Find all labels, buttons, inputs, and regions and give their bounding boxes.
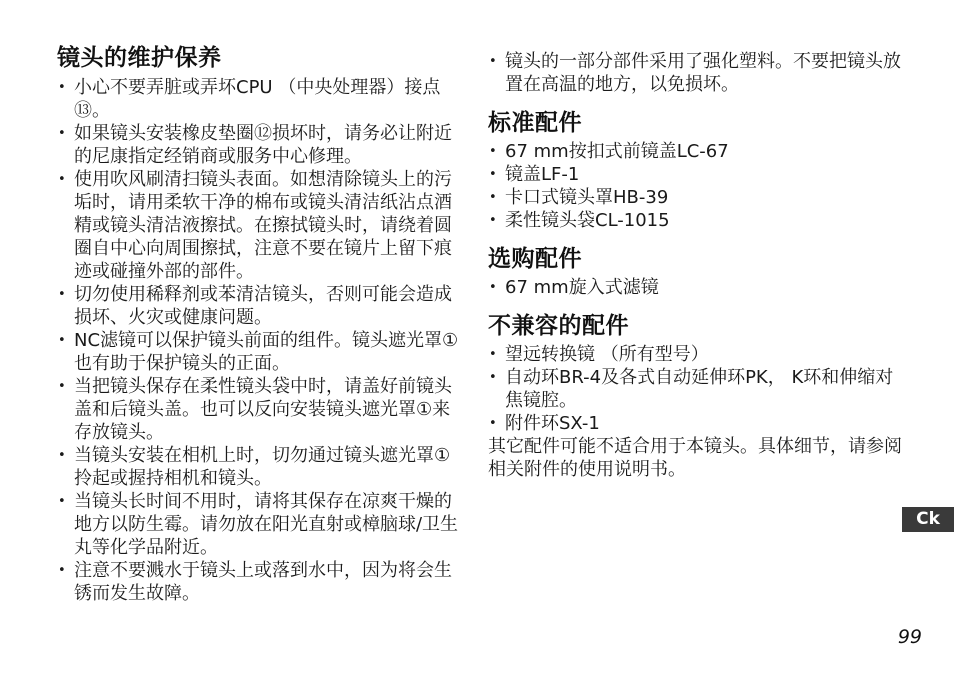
lens-care-list-continued: 镜头的一部分部件采用了强化塑料。不要把镜头放置在高温的地方，以免损坏。 bbox=[488, 50, 908, 96]
list-item: 自动环BR-4及各式自动延伸环PK， K环和伸缩对焦镜腔。 bbox=[488, 366, 908, 412]
language-tab-ck: Ck bbox=[902, 507, 954, 532]
list-item: 注意不要溅水于镜头上或落到水中，因为将会生锈而发生故障。 bbox=[57, 559, 464, 605]
list-item: 使用吹风刷清扫镜头表面。如想清除镜头上的污垢时，请用柔软干净的棉布或镜头清洁纸沾… bbox=[57, 168, 464, 283]
optional-accessories-list: 67 mm旋入式滤镜 bbox=[488, 276, 908, 299]
list-item: 当把镜头保存在柔性镜头袋中时，请盖好前镜头盖和后镜头盖。也可以反向安装镜头遮光罩… bbox=[57, 375, 464, 444]
incompatible-accessories-note: 其它配件可能不适合用于本镜头。具体细节，请参阅相关附件的使用说明书。 bbox=[488, 435, 908, 481]
list-item: 镜头的一部分部件采用了强化塑料。不要把镜头放置在高温的地方，以免损坏。 bbox=[488, 50, 908, 96]
section-heading-optional-accessories: 选购配件 bbox=[488, 245, 908, 273]
list-item: 当镜头长时间不用时，请将其保存在凉爽干燥的地方以防生霉。请勿放在阳光直射或樟脑球… bbox=[57, 490, 464, 559]
lens-care-list: 小心不要弄脏或弄坏CPU （中央处理器）接点⑬。 如果镜头安装橡皮垫圈⑫损坏时，… bbox=[57, 76, 464, 605]
list-item: 望远转换镜 （所有型号） bbox=[488, 343, 908, 366]
list-item: 镜盖LF-1 bbox=[488, 163, 908, 186]
list-item: 如果镜头安装橡皮垫圈⑫损坏时，请务必让附近的尼康指定经销商或服务中心修理。 bbox=[57, 122, 464, 168]
section-heading-standard-accessories: 标准配件 bbox=[488, 109, 908, 137]
list-item: 附件环SX-1 bbox=[488, 412, 908, 435]
section-incompatible-accessories: 不兼容的配件 望远转换镜 （所有型号） 自动环BR-4及各式自动延伸环PK， K… bbox=[488, 312, 908, 481]
section-heading-incompatible-accessories: 不兼容的配件 bbox=[488, 312, 908, 340]
list-item: 切勿使用稀释剂或苯清洁镜头，否则可能会造成损坏、火灾或健康问题。 bbox=[57, 283, 464, 329]
list-item: 67 mm按扣式前镜盖LC-67 bbox=[488, 140, 908, 163]
list-item: 小心不要弄脏或弄坏CPU （中央处理器）接点⑬。 bbox=[57, 76, 464, 122]
left-column: 镜头的维护保养 小心不要弄脏或弄坏CPU （中央处理器）接点⑬。 如果镜头安装橡… bbox=[57, 44, 464, 605]
page-number: 99 bbox=[898, 626, 922, 648]
section-standard-accessories: 标准配件 67 mm按扣式前镜盖LC-67 镜盖LF-1 卡口式镜头罩HB-39… bbox=[488, 109, 908, 232]
incompatible-accessories-list: 望远转换镜 （所有型号） 自动环BR-4及各式自动延伸环PK， K环和伸缩对焦镜… bbox=[488, 343, 908, 435]
section-heading-lens-care: 镜头的维护保养 bbox=[57, 44, 464, 72]
right-column: 镜头的一部分部件采用了强化塑料。不要把镜头放置在高温的地方，以免损坏。 标准配件… bbox=[488, 50, 908, 481]
list-item: 67 mm旋入式滤镜 bbox=[488, 276, 908, 299]
list-item: 当镜头安装在相机上时，切勿通过镜头遮光罩①拎起或握持相机和镜头。 bbox=[57, 444, 464, 490]
section-optional-accessories: 选购配件 67 mm旋入式滤镜 bbox=[488, 245, 908, 299]
list-item: 柔性镜头袋CL-1015 bbox=[488, 209, 908, 232]
list-item: NC滤镜可以保护镜头前面的组件。镜头遮光罩①也有助于保护镜头的正面。 bbox=[57, 329, 464, 375]
standard-accessories-list: 67 mm按扣式前镜盖LC-67 镜盖LF-1 卡口式镜头罩HB-39 柔性镜头… bbox=[488, 140, 908, 232]
list-item: 卡口式镜头罩HB-39 bbox=[488, 186, 908, 209]
